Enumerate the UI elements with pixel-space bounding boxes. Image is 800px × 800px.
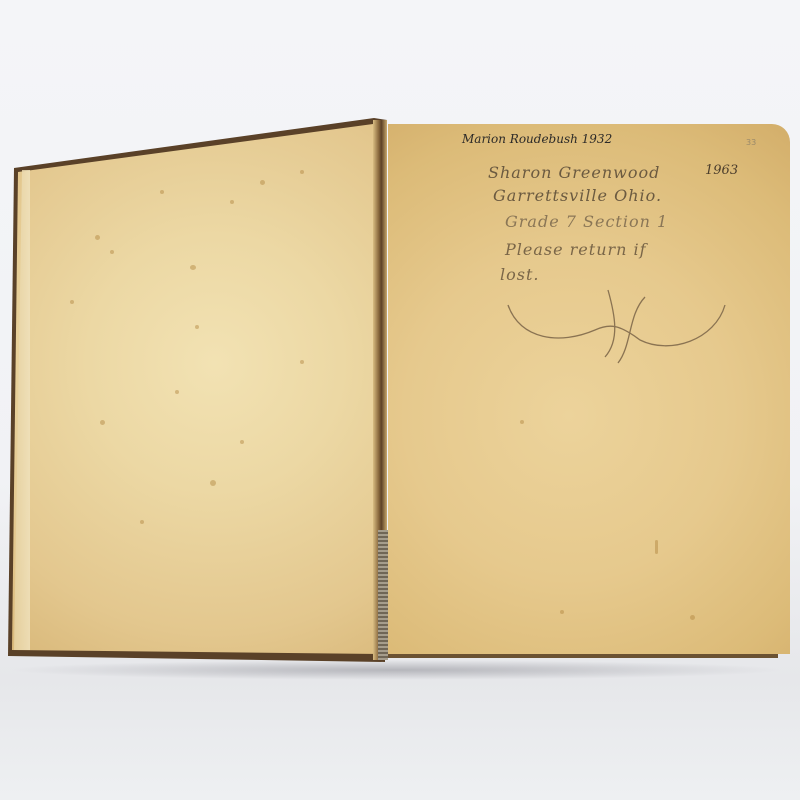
inscription-year: 1963 (705, 163, 738, 178)
owner-inscription-1932: Marion Roudebush 1932 (462, 132, 612, 146)
inscription-return-note: Please return if (505, 240, 647, 259)
inscription-grade: Grade 7 Section 1 (505, 212, 668, 231)
page-mark: 33 (746, 138, 756, 147)
spine-cloth-mull (378, 530, 388, 660)
front-endpaper (8, 120, 384, 660)
signature-flourish-icon (500, 285, 730, 375)
inscription-name: Sharon Greenwood (488, 163, 660, 182)
inscription-lost: lost. (500, 265, 539, 284)
book-shadow (6, 660, 786, 680)
inscription-town: Garrettsville Ohio. (493, 186, 662, 205)
